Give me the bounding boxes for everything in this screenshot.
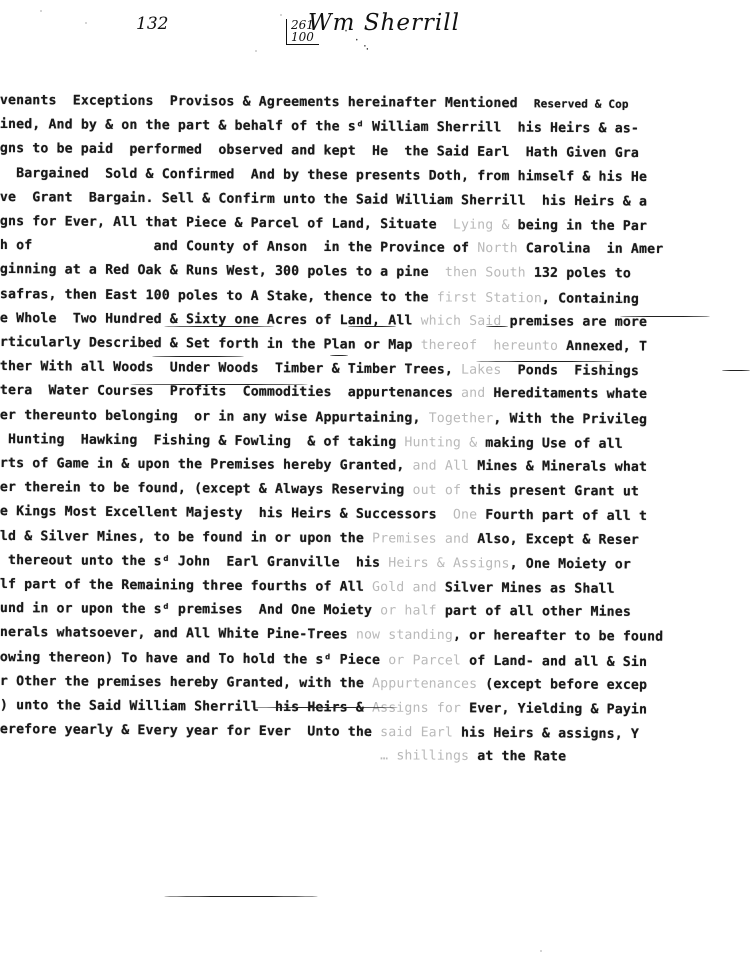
deed-line: venants Exceptions Provisos & Agreements…	[0, 93, 629, 113]
deed-line: ) unto the Said William Sherrill his Hei…	[0, 698, 647, 719]
text-segment: Silver Mines as Shall	[437, 580, 615, 596]
deed-line: gns for Ever, All that Piece & Parcel of…	[0, 214, 647, 235]
text-segment: lf part of the Remaining three fourths o…	[0, 577, 372, 595]
deed-line: rticularly Described & Set forth in the …	[0, 335, 647, 356]
text-segment: Reserved & Cop	[534, 97, 629, 111]
deed-line: ined, And by & on the part & behalf of t…	[0, 117, 639, 137]
underline-william-sherrill	[164, 896, 318, 897]
text-segment: e Kings Most Excellent Majesty his Heirs…	[0, 504, 453, 523]
text-segment: , Containing	[542, 291, 639, 307]
text-segment: , With the Privileg	[493, 411, 647, 427]
underline-stake	[330, 355, 348, 356]
faded-text-segment: Lakes	[461, 363, 502, 378]
deed-line: und in or upon the sᵈ premises And One M…	[0, 601, 631, 621]
faded-text-segment: … shillings	[380, 749, 469, 765]
text-segment: Bargained Sold & Confirmed And by these …	[0, 166, 647, 185]
underline-300-poles	[348, 326, 396, 327]
text-segment: ther With all Woods Under Woods Timber &…	[0, 359, 461, 378]
deed-line: rts of Game in & upon the Premises hereb…	[0, 456, 647, 476]
deed-line: nerals whatsoever, and All White Pine-Tr…	[0, 625, 663, 646]
deed-line: ld & Silver Mines, to be found in or upo…	[0, 529, 639, 549]
deed-line: tera Water Courses Profits Commodities a…	[0, 383, 647, 403]
reference-number-text: 132	[136, 14, 168, 34]
deed-line: erefore yearly & Every year for Ever Unt…	[0, 722, 639, 743]
faded-text-segment: Lying &	[453, 218, 518, 234]
faded-text-segment: Together	[429, 411, 494, 426]
text-segment: h of and County of Anson in the Province…	[0, 238, 477, 256]
text-segment: gns to be paid performed observed and ke…	[0, 141, 639, 161]
scan-speck	[255, 50, 257, 52]
faded-text-segment: now standing	[356, 628, 453, 644]
faded-text-segment: then South	[445, 265, 526, 281]
text-segment: und in or upon the sᵈ premises And One M…	[0, 601, 380, 618]
text-segment: thereout unto the sᵈ John Earl Granville…	[0, 553, 388, 571]
faded-text-segment: said Earl	[380, 725, 453, 741]
text-segment: making Use of all	[477, 436, 623, 452]
text-segment: tera Water Courses Profits Commodities a…	[0, 383, 461, 401]
text-segment: Carolina in Amer	[518, 241, 664, 257]
text-segment: r Other the premises hereby Granted, wit…	[0, 674, 372, 691]
faded-text-segment: Assigns for	[372, 701, 461, 717]
text-segment: Hereditaments whate	[485, 386, 647, 402]
underline-to-the-first-station	[476, 361, 614, 362]
text-segment: , One Moiety or	[510, 556, 631, 572]
faded-text-segment: Heirs & Assigns	[388, 556, 509, 572]
scan-speck	[85, 22, 87, 24]
text-segment: 132 poles to	[526, 266, 631, 282]
deed-line: er therein to be found, (except & Always…	[0, 480, 639, 500]
text-segment: ve Grant Bargain. Sell & Confirm unto th…	[0, 190, 647, 210]
deed-line: ginning at a Red Oak & Runs West, 300 po…	[0, 262, 631, 282]
deed-line: owing thereon) To have and To hold the s…	[0, 650, 647, 671]
underline-containing	[722, 370, 750, 371]
handwritten-signature: Wm Sherrill	[308, 10, 460, 36]
text-segment: venants Exceptions Provisos & Agreements…	[0, 93, 534, 111]
text-segment: his Heirs & assigns, Y	[453, 726, 639, 742]
text-segment: rts of Game in & upon the Premises hereb…	[0, 456, 413, 474]
faded-text-segment: thereof hereunto	[421, 338, 559, 354]
deed-line: Bargained Sold & Confirmed And by these …	[0, 166, 647, 186]
deed-line: gns to be paid performed observed and ke…	[0, 141, 639, 162]
text-segment: of Land- and all & Sin	[461, 653, 647, 669]
faded-text-segment: One	[453, 508, 477, 523]
faded-text-segment: North	[477, 241, 518, 256]
deed-line: r Other the premises hereby Granted, wit…	[0, 674, 647, 694]
text-segment: this present Grant ut	[461, 483, 639, 499]
faded-text-segment: Appurtenances	[372, 676, 477, 692]
text-segment: rticularly Described & Set forth in the …	[0, 335, 421, 353]
handwritten-reference-number: 132 261 100 . . :	[136, 14, 168, 34]
scan-speck	[540, 950, 542, 952]
deed-line: e Kings Most Excellent Majesty his Heirs…	[0, 504, 647, 525]
faded-text-segment: or half	[380, 604, 437, 619]
faded-text-segment: Gold and	[372, 580, 437, 596]
text-segment: erefore yearly & Every year for Ever Unt…	[0, 722, 380, 740]
text-segment: er therein to be found, (except & Always…	[0, 480, 413, 498]
deed-line: … shillings at the Rate	[0, 746, 566, 765]
text-segment: part of all other Mines	[437, 604, 631, 620]
underline-pine	[486, 326, 508, 327]
text-segment: Also, Except & Reser	[469, 531, 639, 547]
deed-line: ve Grant Bargain. Sell & Confirm unto th…	[0, 190, 647, 211]
text-segment: safras, then East 100 poles to A Stake, …	[0, 287, 437, 305]
text-segment: (except before excep	[477, 677, 647, 693]
text-segment: nerals whatsoever, and All White Pine-Tr…	[0, 625, 356, 642]
underline-red-oak-runs-west	[164, 326, 274, 327]
faded-text-segment: or Parcel	[388, 653, 461, 669]
underline-south-132	[620, 316, 710, 317]
text-segment: , or hereafter to be found	[453, 629, 663, 645]
text-segment: owing thereon) To have and To hold the s…	[0, 650, 388, 668]
text-segment: gns for Ever, All that Piece & Parcel of…	[0, 214, 453, 233]
text-segment: ined, And by & on the part & behalf of t…	[0, 117, 639, 136]
text-segment: ginning at a Red Oak & Runs West, 300 po…	[0, 262, 445, 280]
deed-line: safras, then East 100 poles to A Stake, …	[0, 287, 639, 308]
scanned-deed-page: 132 261 100 . . : Wm Sherrill venants Ex…	[0, 0, 750, 973]
deed-line: h of and County of Anson in the Province…	[0, 238, 663, 258]
deed-line: Hunting Hawking Fishing & Fowling & of t…	[0, 432, 623, 453]
scan-speck	[40, 10, 42, 12]
text-segment: being in the Par	[518, 218, 648, 234]
underline-earl-granville	[254, 707, 398, 708]
text-segment	[0, 746, 380, 763]
faded-text-segment: and	[461, 386, 485, 401]
deed-line: ther With all Woods Under Woods Timber &…	[0, 359, 639, 380]
scan-speck	[620, 300, 622, 302]
text-segment: er thereunto belonging or in any wise Ap…	[0, 408, 429, 426]
text-segment: at the Rate	[469, 749, 566, 765]
faded-text-segment: Hunting &	[404, 435, 477, 451]
text-segment: Hunting Hawking Fishing & Fowling & of t…	[0, 432, 404, 450]
text-segment: Ponds Fishings	[501, 363, 639, 379]
deed-line: thereout unto the sᵈ John Earl Granville…	[0, 553, 631, 573]
faded-text-segment: Premises and	[372, 531, 469, 547]
text-segment: Ever, Yielding & Payin	[461, 701, 647, 717]
text-segment: Mines & Minerals what	[469, 459, 647, 475]
faded-text-segment: and All	[412, 459, 469, 474]
faded-text-segment: out of	[412, 483, 461, 498]
deed-line: er thereunto belonging or in any wise Ap…	[0, 408, 647, 429]
deed-line: e Whole Two Hundred & Sixty one Acres of…	[0, 311, 647, 331]
underline-east-100-poles	[152, 356, 244, 357]
text-segment: Annexed, T	[558, 339, 647, 355]
deed-line: lf part of the Remaining three fourths o…	[0, 577, 615, 598]
scan-speck	[280, 14, 282, 16]
faded-text-segment: first Station	[437, 290, 542, 306]
text-segment: Fourth part of all t	[477, 508, 647, 524]
text-segment: ld & Silver Mines, to be found in or upo…	[0, 529, 372, 546]
